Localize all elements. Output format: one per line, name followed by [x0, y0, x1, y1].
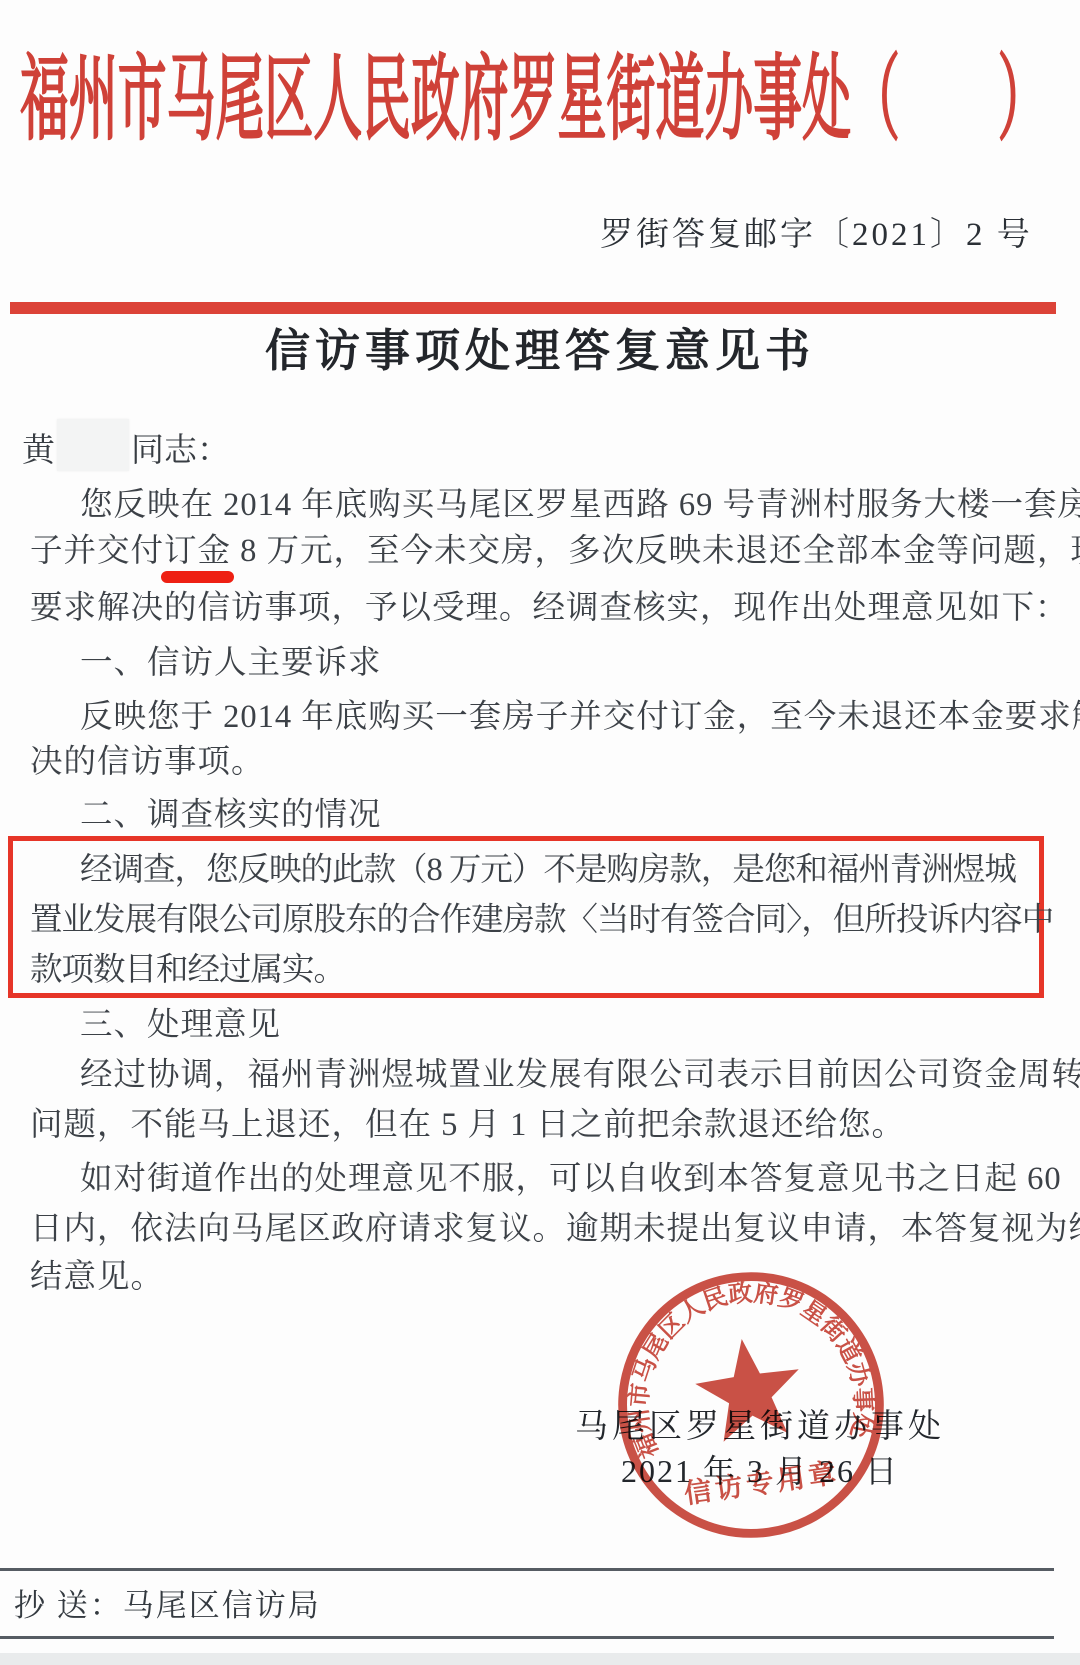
section1-heading: 一、信访人主要诉求	[80, 643, 382, 683]
paragraph1-line2-pre: 子并交付	[30, 533, 164, 569]
deposit-term-red-underlined: 订金	[164, 533, 231, 569]
document-title: 信访事项处理答复意见书	[0, 314, 1080, 379]
section3-heading: 三、处理意见	[80, 1005, 281, 1045]
seal-center-label: 信访专用章	[682, 1457, 842, 1510]
paragraph2-line1: 反映您于 2014 年底购买一套房子并交付订金，至今未退还本金要求解	[80, 697, 1080, 737]
paragraph4-line3: 结意见。	[30, 1257, 164, 1297]
agency-letterhead-title: 福州市马尾区人民政府罗星街道办事处（ ）	[20, 46, 1046, 158]
paragraph4-line2: 日内，依法向马尾区政府请求复议。逾期未提出复议申请，本答复视为终	[30, 1209, 1080, 1249]
paragraph1-line2: 子并交付订金 8 万元，至今未交房，多次反映未退还全部本金等问题，现	[30, 531, 1080, 571]
paragraph1-line1: 您反映在 2014 年底购买马尾区罗星西路 69 号青洲村服务大楼一套房	[80, 485, 1080, 525]
section2-heading: 二、调查核实的情况	[80, 795, 382, 835]
salutation-surname: 黄	[22, 424, 55, 471]
seal-star-icon	[690, 1332, 807, 1445]
scanned-document-page: 福州市马尾区人民政府罗星街道办事处（ ） 罗街答复邮字〔2021〕2 号 信访事…	[0, 0, 1080, 1665]
paragraph4-line1: 如对街道作出的处理意见不服，可以自收到本答复意见书之日起 60	[80, 1159, 1062, 1199]
document-reference-number: 罗街答复邮字〔2021〕2 号	[600, 208, 1033, 255]
salutation-suffix: 同志：	[131, 424, 230, 471]
boxed-paragraph-line3: 款项数目和经过属实。	[30, 950, 345, 990]
paragraph2-line2: 决的信访事项。	[30, 742, 265, 782]
boxed-paragraph-line2: 置业发展有限公司原股东的合作建房款〈当时有签合同〉，但所投诉内容中	[30, 900, 1053, 940]
footer-rule-top	[0, 1568, 1054, 1571]
carbon-copy-line: 抄 送：马尾区信访局	[14, 1580, 321, 1625]
redacted-name-box	[57, 419, 129, 471]
boxed-paragraph-line1: 经调查，您反映的此款（8 万元）不是购房款，是您和福州青洲煜城	[80, 850, 1016, 890]
paragraph3-line1: 经过协调，福州青洲煜城置业发展有限公司表示目前因公司资金周转	[80, 1055, 1080, 1095]
red-divider-line	[10, 302, 1056, 314]
footer-rule-bottom	[0, 1636, 1054, 1639]
salutation-row: 黄 同志：	[22, 420, 230, 474]
paragraph1-line2-post: 8 万元，至今未交房，多次反映未退还全部本金等问题，现	[231, 533, 1080, 569]
scan-bottom-edge	[0, 1653, 1080, 1665]
official-seal-stamp: 福州市马尾区人民政府罗星街道办事处 信访专用章	[585, 1239, 917, 1571]
paragraph3-line2: 问题，不能马上退还，但在 5 月 1 日之前把余款退还给您。	[30, 1105, 905, 1145]
paragraph1-line3: 要求解决的信访事项，予以受理。经调查核实，现作出处理意见如下：	[30, 588, 1069, 628]
